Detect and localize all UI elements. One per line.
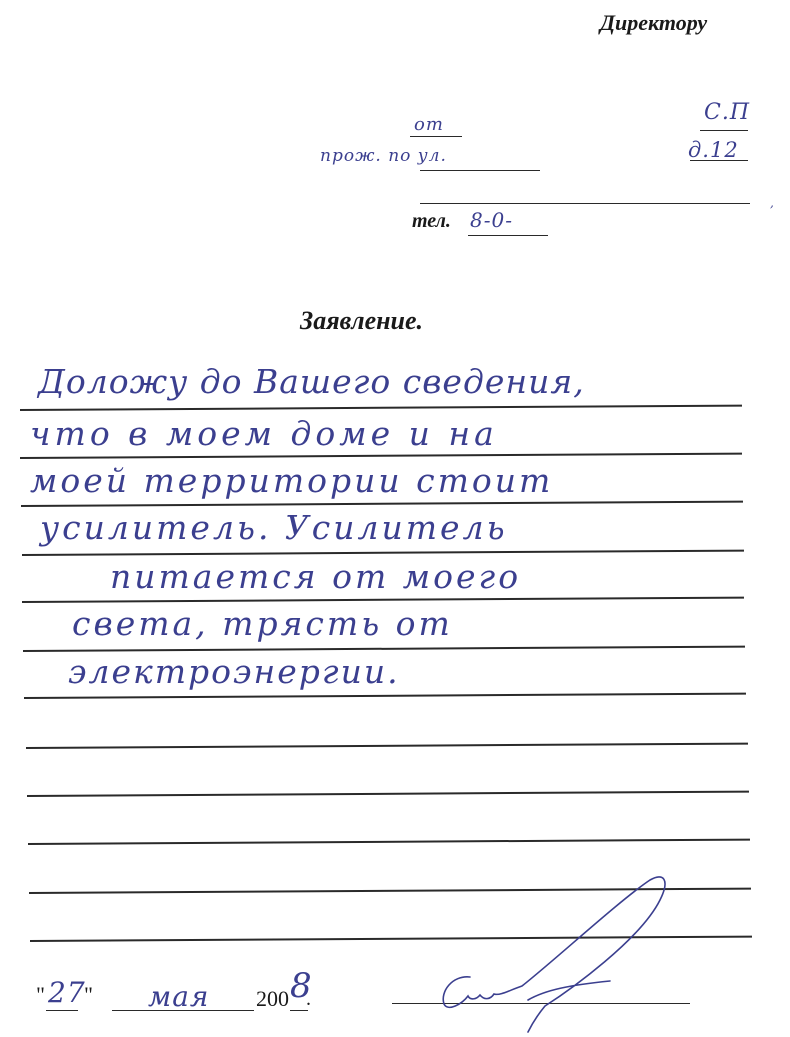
comma-mark: , xyxy=(770,196,775,210)
signature xyxy=(0,0,790,1037)
